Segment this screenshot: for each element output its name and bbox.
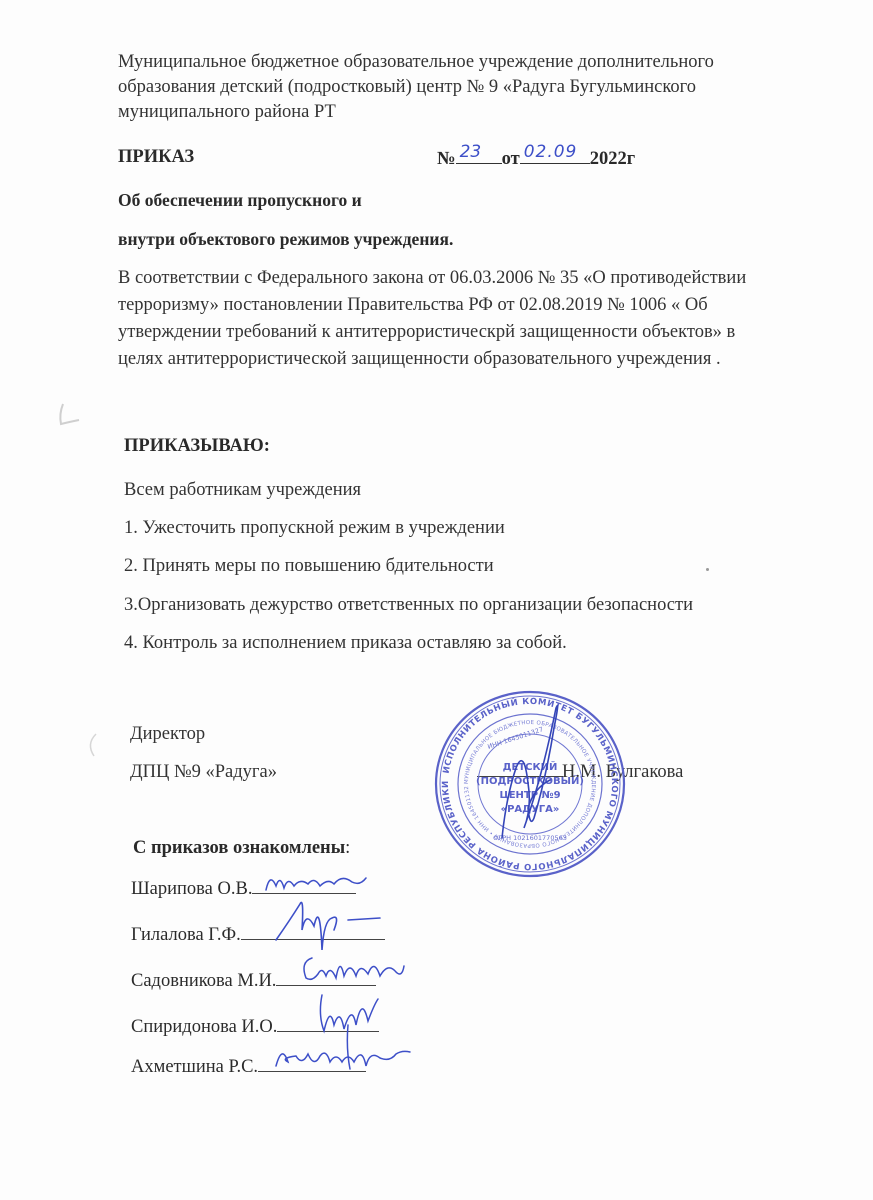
acknowledgement-heading: С приказов ознакомлены:	[133, 838, 350, 859]
signer-name: Садовникова М.И.	[131, 971, 276, 991]
institution-line-2: образования детский (подростковый) центр…	[118, 76, 696, 99]
preamble-line-4: целях антитеррористической защищенности …	[118, 347, 721, 371]
svg-text:ДЕТСКИЙ: ДЕТСКИЙ	[503, 760, 558, 773]
signer-name: Спиридонова И.О.	[131, 1017, 277, 1037]
preamble-line-1: В соответствии с Федерального закона от …	[118, 266, 746, 290]
date-prefix: от	[502, 149, 520, 169]
acknowledgement-heading-colon: :	[345, 838, 350, 858]
subject-line-1: Об обеспечении пропускного и	[118, 190, 362, 211]
signature-scrawl	[270, 1040, 420, 1080]
preamble-line-3: утверждении требований к антитеррористич…	[118, 320, 735, 344]
svg-text:(ПОДРОСТКОВЫЙ): (ПОДРОСТКОВЫЙ)	[476, 774, 584, 787]
svg-text:ИНН 1645011327: ИНН 1645011327	[487, 725, 545, 751]
order-title: ПРИКАЗ	[118, 147, 194, 168]
signer-name: Гилалова Г.Ф.	[131, 925, 241, 945]
directive-item: 2. Принять меры по повышению бдительност…	[124, 554, 494, 578]
order-year: 2022г	[590, 149, 635, 169]
directive-item: 1. Ужесточить пропускной режим в учрежде…	[124, 516, 505, 540]
scan-artifact-mark	[55, 400, 85, 430]
acknowledgement-heading-text: С приказов ознакомлены	[133, 838, 345, 858]
institution-line-1: Муниципальное бюджетное образовательное …	[118, 51, 714, 74]
order-number-value: 23	[460, 142, 482, 162]
directive-addressee: Всем работникам учреждения	[124, 478, 361, 502]
order-date-field: 02.09	[520, 145, 590, 164]
signatory-position: Директор	[130, 722, 205, 746]
signer-name: Ахметшина Р.С.	[131, 1057, 258, 1077]
order-number-field: 23	[456, 145, 502, 164]
signatory-organization: ДПЦ №9 «Радуга»	[130, 760, 277, 784]
directive-heading: ПРИКАЗЫВАЮ:	[124, 436, 270, 457]
scanned-order-document: Муниципальное бюджетное образовательное …	[0, 0, 873, 1200]
directive-item: 4. Контроль за исполнением приказа остав…	[124, 631, 567, 655]
official-stamp-icon: ИСПОЛНИТЕЛЬНЫЙ КОМИТЕТ БУГУЛЬМИНСКОГО МУ…	[432, 688, 628, 880]
order-number-line: №23от02.092022г	[437, 145, 635, 170]
signer-name: Шарипова О.В.	[131, 879, 252, 899]
subject-line-2: внутри объектового режимов учреждения.	[118, 229, 453, 250]
scan-artifact-mark	[82, 730, 102, 760]
directive-item: 3.Организовать дежурство ответственных п…	[124, 593, 693, 617]
order-date-value: 02.09	[524, 142, 578, 162]
scan-dust-dot	[706, 568, 709, 571]
svg-text:ОГРН 1021601770563: ОГРН 1021601770563	[493, 834, 567, 842]
preamble-line-2: терроризму» постановлении Правительства …	[118, 293, 708, 317]
institution-line-3: муниципального района РТ	[118, 101, 336, 124]
number-prefix: №	[437, 149, 456, 169]
